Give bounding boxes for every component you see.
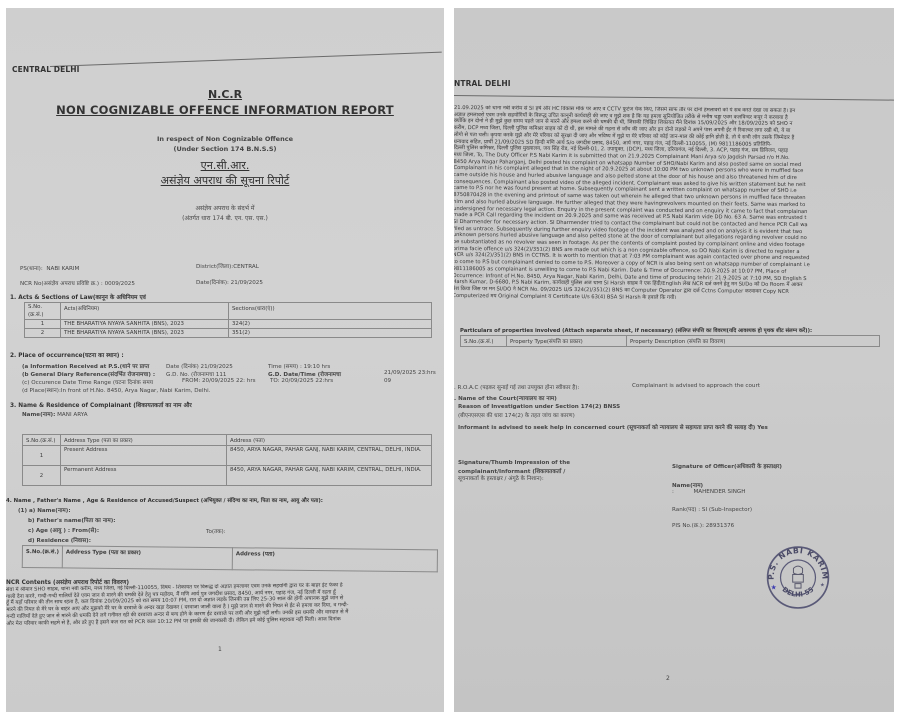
cell-section: 324(2) (229, 320, 432, 329)
property-table-header: S.No.(क्र.सं.) Property Type(संपत्ति का … (461, 336, 880, 347)
accused-residence-label: d) Residence (निवास): (28, 536, 91, 544)
district-header: NTRAL DELHI (454, 79, 511, 88)
occurrence-from: FROM: 20/09/2025 22: hrs (182, 378, 256, 384)
subtitle-1: In respect of Non Cognizable Offence (6, 135, 444, 143)
column-header: Sections(धारा(एं)) (229, 303, 432, 320)
info-received-time: Time (समय) : 19:10 hrs (268, 362, 330, 370)
info-received-label: (a Information Received at P.S.(थाने पर … (22, 362, 149, 370)
accused-age-label: c) Age (आयु ) : From(से): (28, 526, 99, 534)
gd-reference-label: (b General Diary Reference(संदर्भित रोजन… (22, 370, 155, 378)
cell-act: THE BHARATIYA NYAYA SANHITA (BNS), 2023 (61, 329, 229, 338)
cell-section: 351(2) (229, 329, 432, 338)
gd-number: G.D. No. (रोजनामचा 111 (166, 370, 226, 378)
police-station-stamp-icon: P.S. NABI KARIM DELHI-55 ★ ★ (760, 538, 836, 614)
ps-label: PS(थाना): (20, 266, 43, 272)
section-4-heading: 4. Name , Father's Name , Age & Residenc… (6, 496, 323, 504)
complainant-signature-label-3: सूचनाकर्ता के हस्ताक्षर / अंगूठे के निशा… (458, 474, 544, 482)
cell-address-type: Present Address (61, 446, 227, 466)
ncr-contents-continued: 21.09.2025 को थाना नबी करीम से SI हर्ष औ… (454, 105, 894, 303)
hindi-subtitle-2: (अंतर्गत धारा 174 बी. एन. एस. एस.) (6, 214, 444, 222)
accused-father-label: b) Father's name(पिता का नाम): (28, 516, 116, 524)
column-header: Property Description (संपत्ति का विवरण) (627, 336, 880, 347)
svg-text:★: ★ (820, 583, 825, 589)
reason-label-hindi: (बीएनएसएस की धारा 174(2) के तहत जांच का … (458, 411, 575, 419)
cell-address-type: Permanent Address (61, 466, 227, 486)
date-field: Date(दिनांक): 21/09/2025 (196, 278, 263, 286)
column-header: Address (पता) (232, 548, 437, 572)
section-6-heading: Particulars of properties involved (Atta… (460, 326, 812, 334)
address-table-header: S.No.(क्र.सं.) Address Type (पता का प्रक… (23, 435, 432, 446)
ps-value: NABI KARIM (46, 266, 79, 272)
column-header: Property Type(संपत्ति का प्रकार) (507, 336, 627, 347)
hindi-title-1: एन.सी.आर. (6, 158, 444, 173)
officer-pis-number: PIS No.(क्र.): 28931376 (672, 521, 734, 529)
property-table: S.No.(क्र.सं.) Property Type(संपत्ति का … (460, 335, 880, 347)
table-row: 1 THE BHARATIYA NYAYA SANHITA (BNS), 202… (25, 320, 432, 329)
hindi-title-2: असंज्ञेय अपराध की सूचना रिपोर्ट (6, 173, 444, 188)
page-title: NON COGNIZABLE OFFENCE INFORMATION REPOR… (6, 103, 444, 117)
complainant-name-value: MANI ARYA (57, 412, 87, 418)
ncr-number-value: 0009/2025 (105, 281, 135, 287)
table-row: 1 Present Address 8450, ARYA NAGAR, PAHA… (23, 446, 432, 466)
occurrence-to: TO: 20/09/2025 22:hrs (270, 378, 333, 384)
ps-field: PS(थाना): NABI KARIM (20, 264, 79, 272)
acts-table-header: S.No.(क्र.सं.) Acts(अधिनियम) Sections(धा… (25, 303, 432, 320)
district-header: CENTRAL DELHI (12, 65, 80, 74)
cell-sno: 1 (25, 320, 61, 329)
complainant-name-field: Name(नाम): MANI ARYA (22, 410, 88, 418)
header-rule (454, 95, 894, 101)
cell-sno: 2 (25, 329, 61, 338)
complainant-name-label: Name(नाम): (22, 412, 55, 418)
column-header: S.No.(क्र.सं.) (22, 546, 62, 568)
column-header: Acts(अधिनियम) (61, 303, 229, 320)
accused-address-header: S.No.(क्र.सं.) Address Type (पता का प्रक… (22, 546, 437, 572)
court-name-label: . Name of the Court(न्यायालय का नाम) (454, 394, 557, 402)
date-value: 21/09/2025 (231, 280, 263, 286)
column-header: S.No.(क्र.सं.) (23, 435, 61, 446)
section-2-heading: 2. Place of occurrence(घटना का स्थान) : (10, 351, 124, 359)
cell-address: 8450, ARYA NAGAR, PAHAR GANJ, NABI KARIM… (227, 446, 432, 466)
district-label: District(जिला): (196, 264, 233, 270)
page-number: 1 (218, 646, 222, 653)
cell-sno: 1 (23, 446, 61, 466)
informant-advice: Informant is advised to seek help in con… (458, 423, 768, 431)
title-ncr: N.C.R (6, 88, 444, 101)
officer-name-field: : MAHENDER SINGH (672, 489, 745, 495)
officer-name-label: Name(नाम) (672, 481, 703, 489)
column-header: S.No.(क्र.सं.) (25, 303, 61, 320)
subtitle-2: (Under Section 174 B.N.S.S) (6, 145, 444, 153)
column-header: Address Type (पता का प्रकार) (61, 435, 227, 446)
occurrence-range-label: (c) Occurence Date Time Range (घटना दिना… (22, 378, 153, 386)
table-row: 2 THE BHARATIYA NYAYA SANHITA (BNS), 202… (25, 329, 432, 338)
ncr-page-1: CENTRAL DELHI N.C.R NON COGNIZABLE OFFEN… (6, 8, 444, 712)
accused-name-label: (1) a) Name(नाम): (18, 506, 71, 514)
info-received-date: Date (दिनांक) 21/09/2025 (166, 362, 233, 370)
officer-rank: Rank(पद) : SI (Sub-Inspector) (672, 505, 752, 513)
gd-datetime-value: 21/09/2025 23:hrs (384, 370, 436, 376)
cell-act: THE BHARATIYA NYAYA SANHITA (BNS), 2023 (61, 320, 229, 329)
accused-age-to-label: To(तक): (206, 527, 226, 535)
complainant-signature-label: Signature/Thumb Impression of the (458, 460, 570, 466)
hindi-subtitle-1: असंज्ञेय अपराध के संदर्भ में (6, 204, 444, 212)
column-header: S.No.(क्र.सं.) (461, 336, 507, 347)
column-header: Address Type (पता का प्रकार) (62, 546, 232, 570)
ncr-number-label: NCR No(असंज्ञेय अपराध प्रविष्टि क्र.) : (20, 281, 103, 287)
svg-text:DELHI-55: DELHI-55 (781, 585, 816, 598)
cell-address: 8450, ARYA NAGAR, PAHAR GANJ, NABI KARIM… (227, 466, 432, 486)
ncr-page-2: NTRAL DELHI 21.09.2025 को थाना नबी करीम … (454, 8, 894, 712)
section-3-heading: 3. Name & Residence of Complainant (शिका… (10, 401, 192, 409)
officer-name-value: MAHENDER SINGH (693, 489, 745, 495)
cell-sno: 2 (23, 466, 61, 486)
acts-table: S.No.(क्र.सं.) Acts(अधिनियम) Sections(धा… (24, 302, 432, 338)
page-number: 2 (666, 675, 670, 682)
roac-value: Complainant is advised to approach the c… (632, 383, 760, 389)
ncr-contents-text: सेवा में श्रीमान SHO साहब, थाना नबी करीम… (6, 581, 444, 627)
svg-text:★: ★ (771, 584, 777, 592)
column-header: Address (पता) (227, 435, 432, 446)
gd-datetime-value-2: 09 (384, 378, 391, 384)
table-row: 2 Permanent Address 8450, ARYA NAGAR, PA… (23, 466, 432, 486)
reason-label: Reason of Investigation under Section 17… (458, 404, 620, 410)
date-label: Date(दिनांक): (196, 280, 229, 286)
ncr-number-field: NCR No(असंज्ञेय अपराध प्रविष्टि क्र.) : … (20, 279, 135, 287)
section-1-heading: 1. Acts & Sections of Law(कानून के अधिनि… (10, 293, 146, 301)
accused-address-table: S.No.(क्र.सं.) Address Type (पता का प्रक… (22, 545, 438, 572)
officer-signature-label: Signature of Officer(अधिकारी के हस्ताक्ष… (672, 462, 782, 470)
place-label: (d Place(स्थान): (22, 388, 61, 394)
roac-label: . R.O.A.C (पढ़कर सुनाई गई तथा उपयुक्त हो… (454, 383, 579, 391)
gd-datetime-label: G.D. Date/Time (रोजनामचा (268, 370, 341, 378)
district-value: CENTRAL (233, 264, 259, 270)
complainant-address-table: S.No.(क्र.सं.) Address Type (पता का प्रक… (22, 434, 432, 486)
header-rule (50, 52, 442, 67)
place-value: In front of H.No. 8450, Arya Nagar, Nabi… (61, 388, 211, 394)
place-field: (d Place(स्थान):In front of H.No. 8450, … (22, 386, 210, 394)
district-field: District(जिला):CENTRAL (196, 262, 259, 270)
